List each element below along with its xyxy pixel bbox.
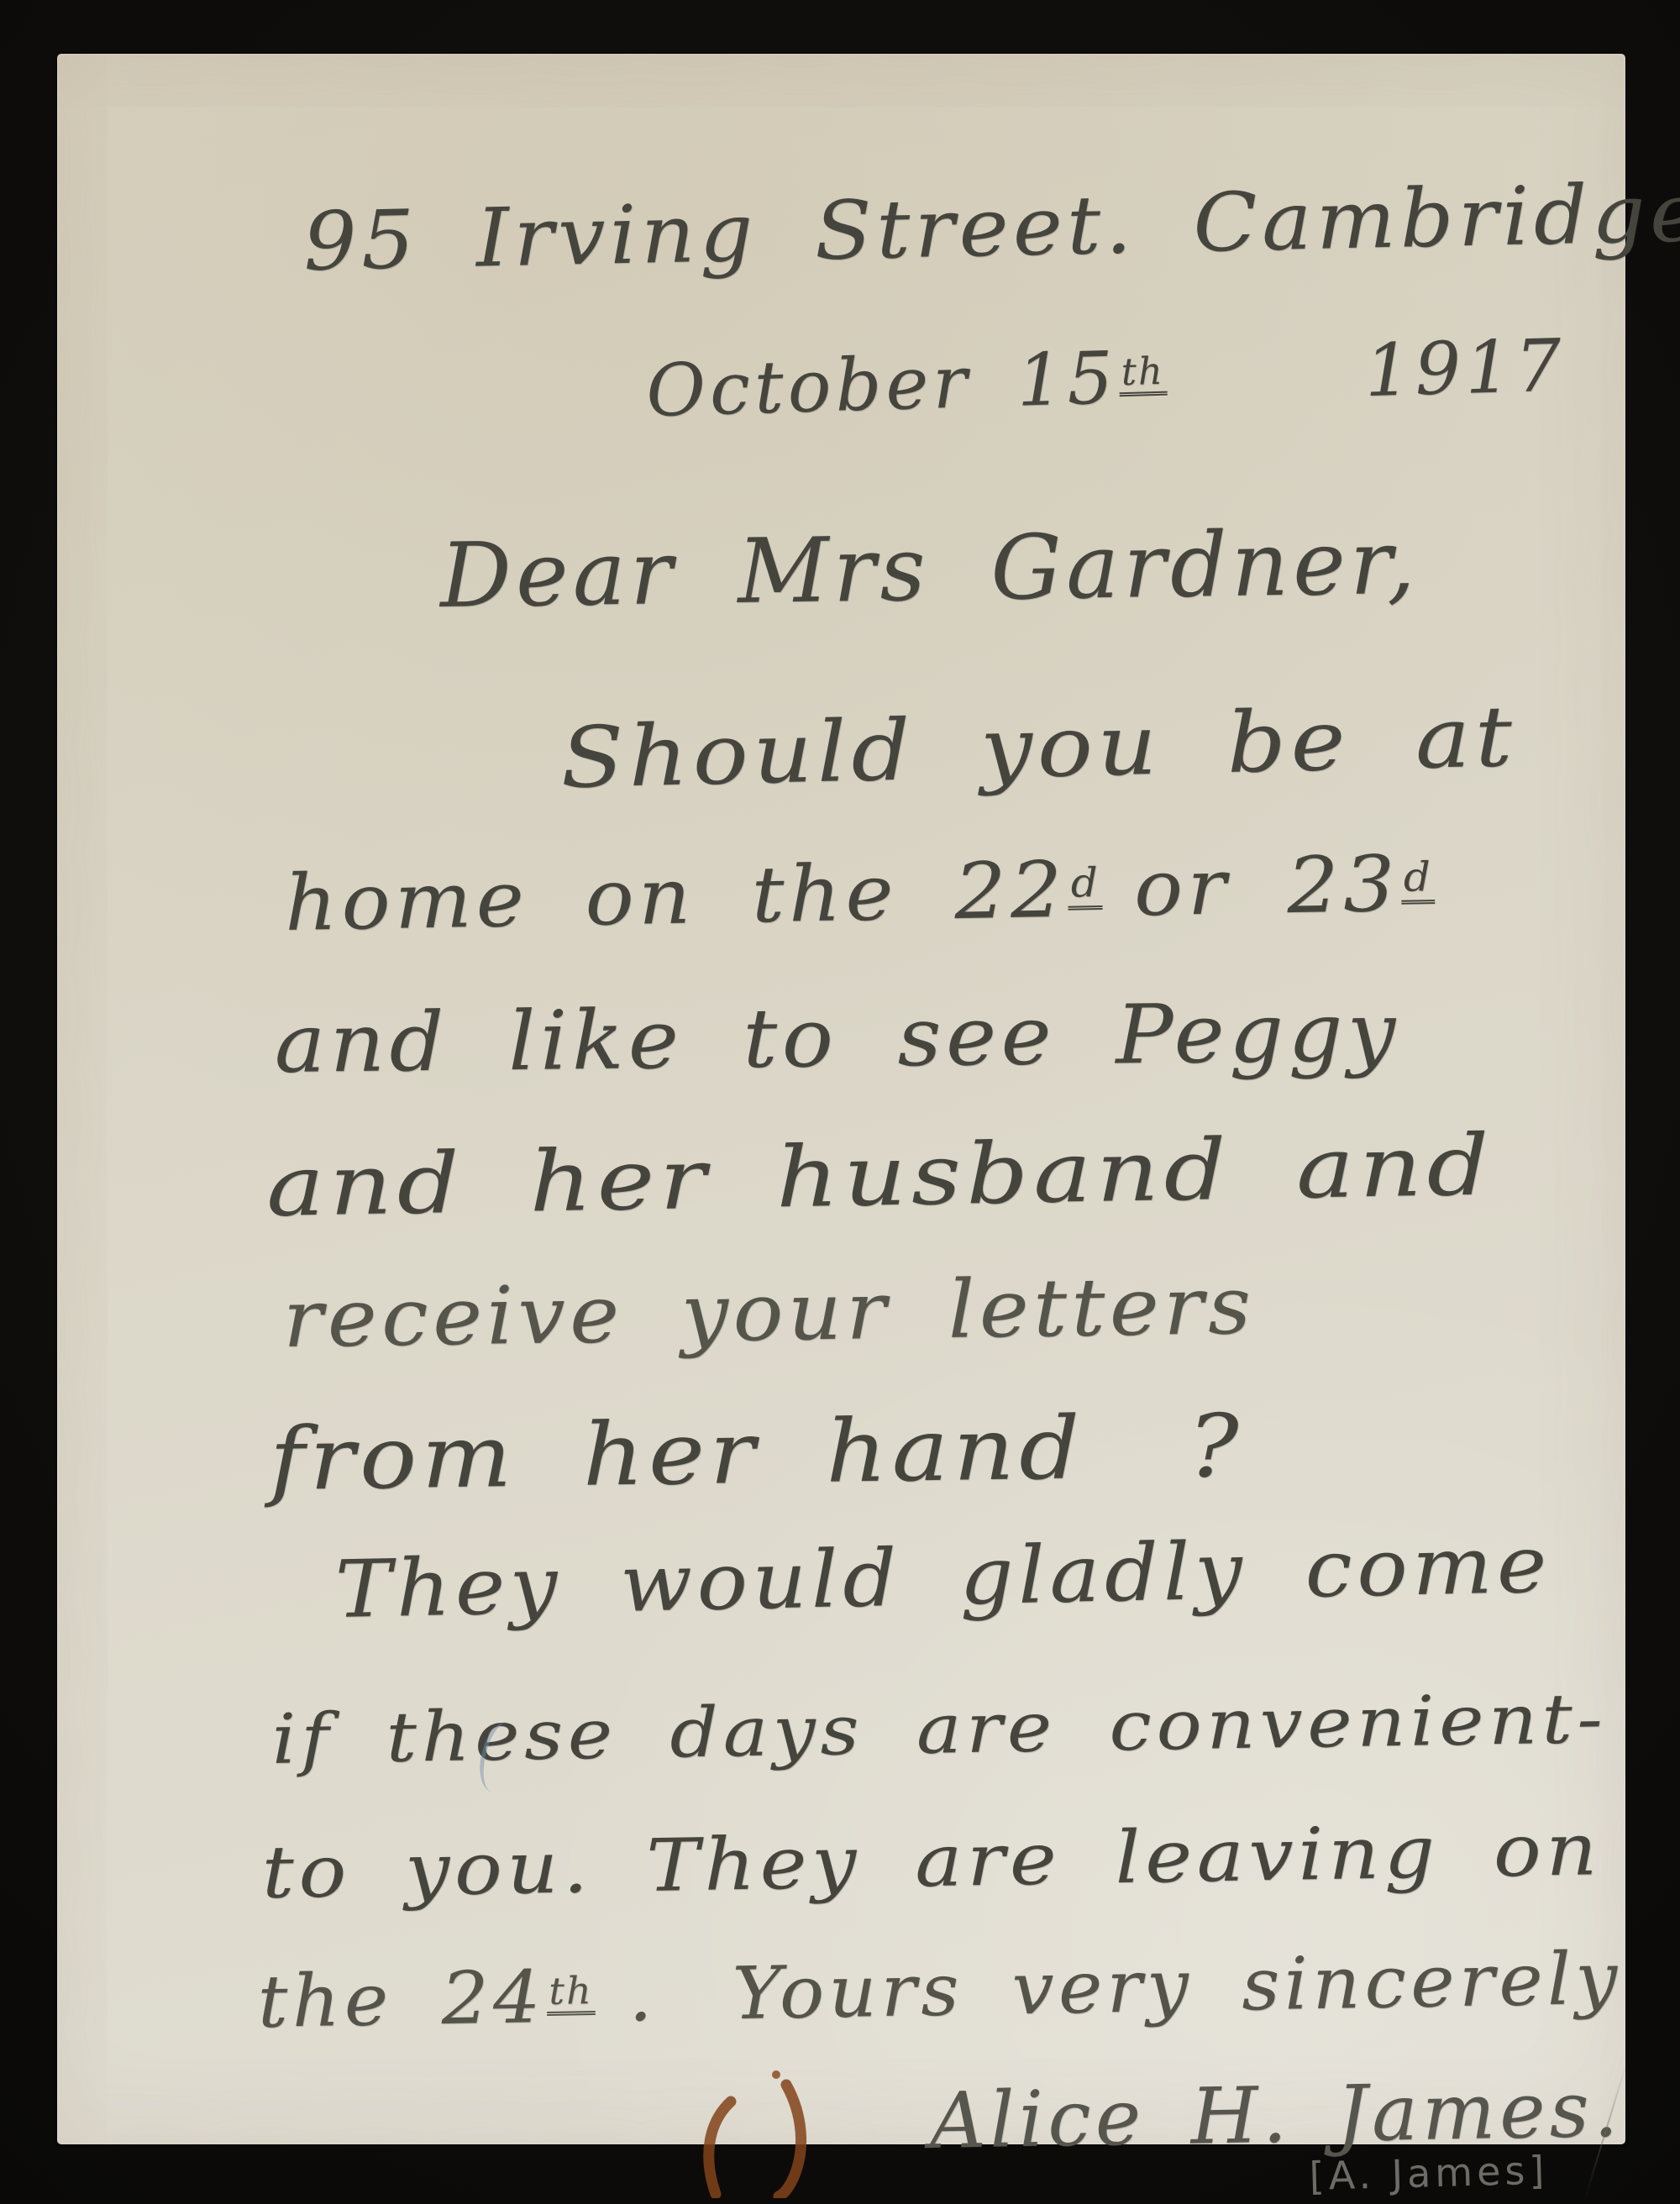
date-month-day: October 15 (645, 336, 1118, 433)
body-line-10-start: the 24 (257, 1955, 545, 2044)
body-line-2-first: home on the 22 (284, 845, 1067, 948)
body-line-4: and her husband and (265, 1115, 1494, 1235)
date-line: October 15th1917 (645, 323, 1567, 433)
body-line-1: Should you be at (559, 687, 1518, 807)
body-line-5: receive your letters (282, 1260, 1256, 1366)
scanned-letter-background: 95 Irving Street. Cambridge October 15th… (0, 0, 1680, 2204)
body-line-10: the 24th.Yours very sincerely (257, 1937, 1622, 2044)
body-line-8: if these days are convenient- (271, 1679, 1608, 1780)
closing-phrase: Yours very sincerely (732, 1937, 1622, 2036)
salutation-line: Dear Mrs Gardner, (439, 511, 1420, 627)
date-ordinal: th (1118, 352, 1167, 396)
rust-stain-left-arc (709, 2102, 731, 2194)
body-line-6-text: from her hand (269, 1398, 1085, 1510)
rust-stain (679, 2070, 838, 2198)
body-line-6: from her hand? (269, 1396, 1244, 1510)
address-line: 95 Irving Street. Cambridge (302, 165, 1680, 289)
question-mark: ? (1187, 1396, 1244, 1498)
rust-stain-dot (772, 2070, 780, 2079)
letter-paper: 95 Irving Street. Cambridge October 15th… (57, 54, 1625, 2144)
cataloger-annotation: [A. James] (1309, 2148, 1549, 2199)
body-line-7: They would gladly come (334, 1519, 1552, 1636)
body-line-2-first-ordinal: d (1068, 863, 1103, 910)
body-line-2-second: or 23 (1133, 839, 1400, 933)
body-line-2-second-ordinal: d (1400, 858, 1436, 905)
body-line-9: to you. They are leaving on (261, 1808, 1602, 1915)
rust-stain-right-arc (779, 2085, 801, 2196)
body-line-2: home on the 22dor 23d (284, 838, 1443, 948)
body-line-10-ordinal: th (546, 1972, 596, 2017)
body-line-10-period: . (627, 1954, 657, 2039)
body-line-3: and like to see Peggy (274, 984, 1400, 1091)
date-year: 1917 (1363, 323, 1567, 413)
